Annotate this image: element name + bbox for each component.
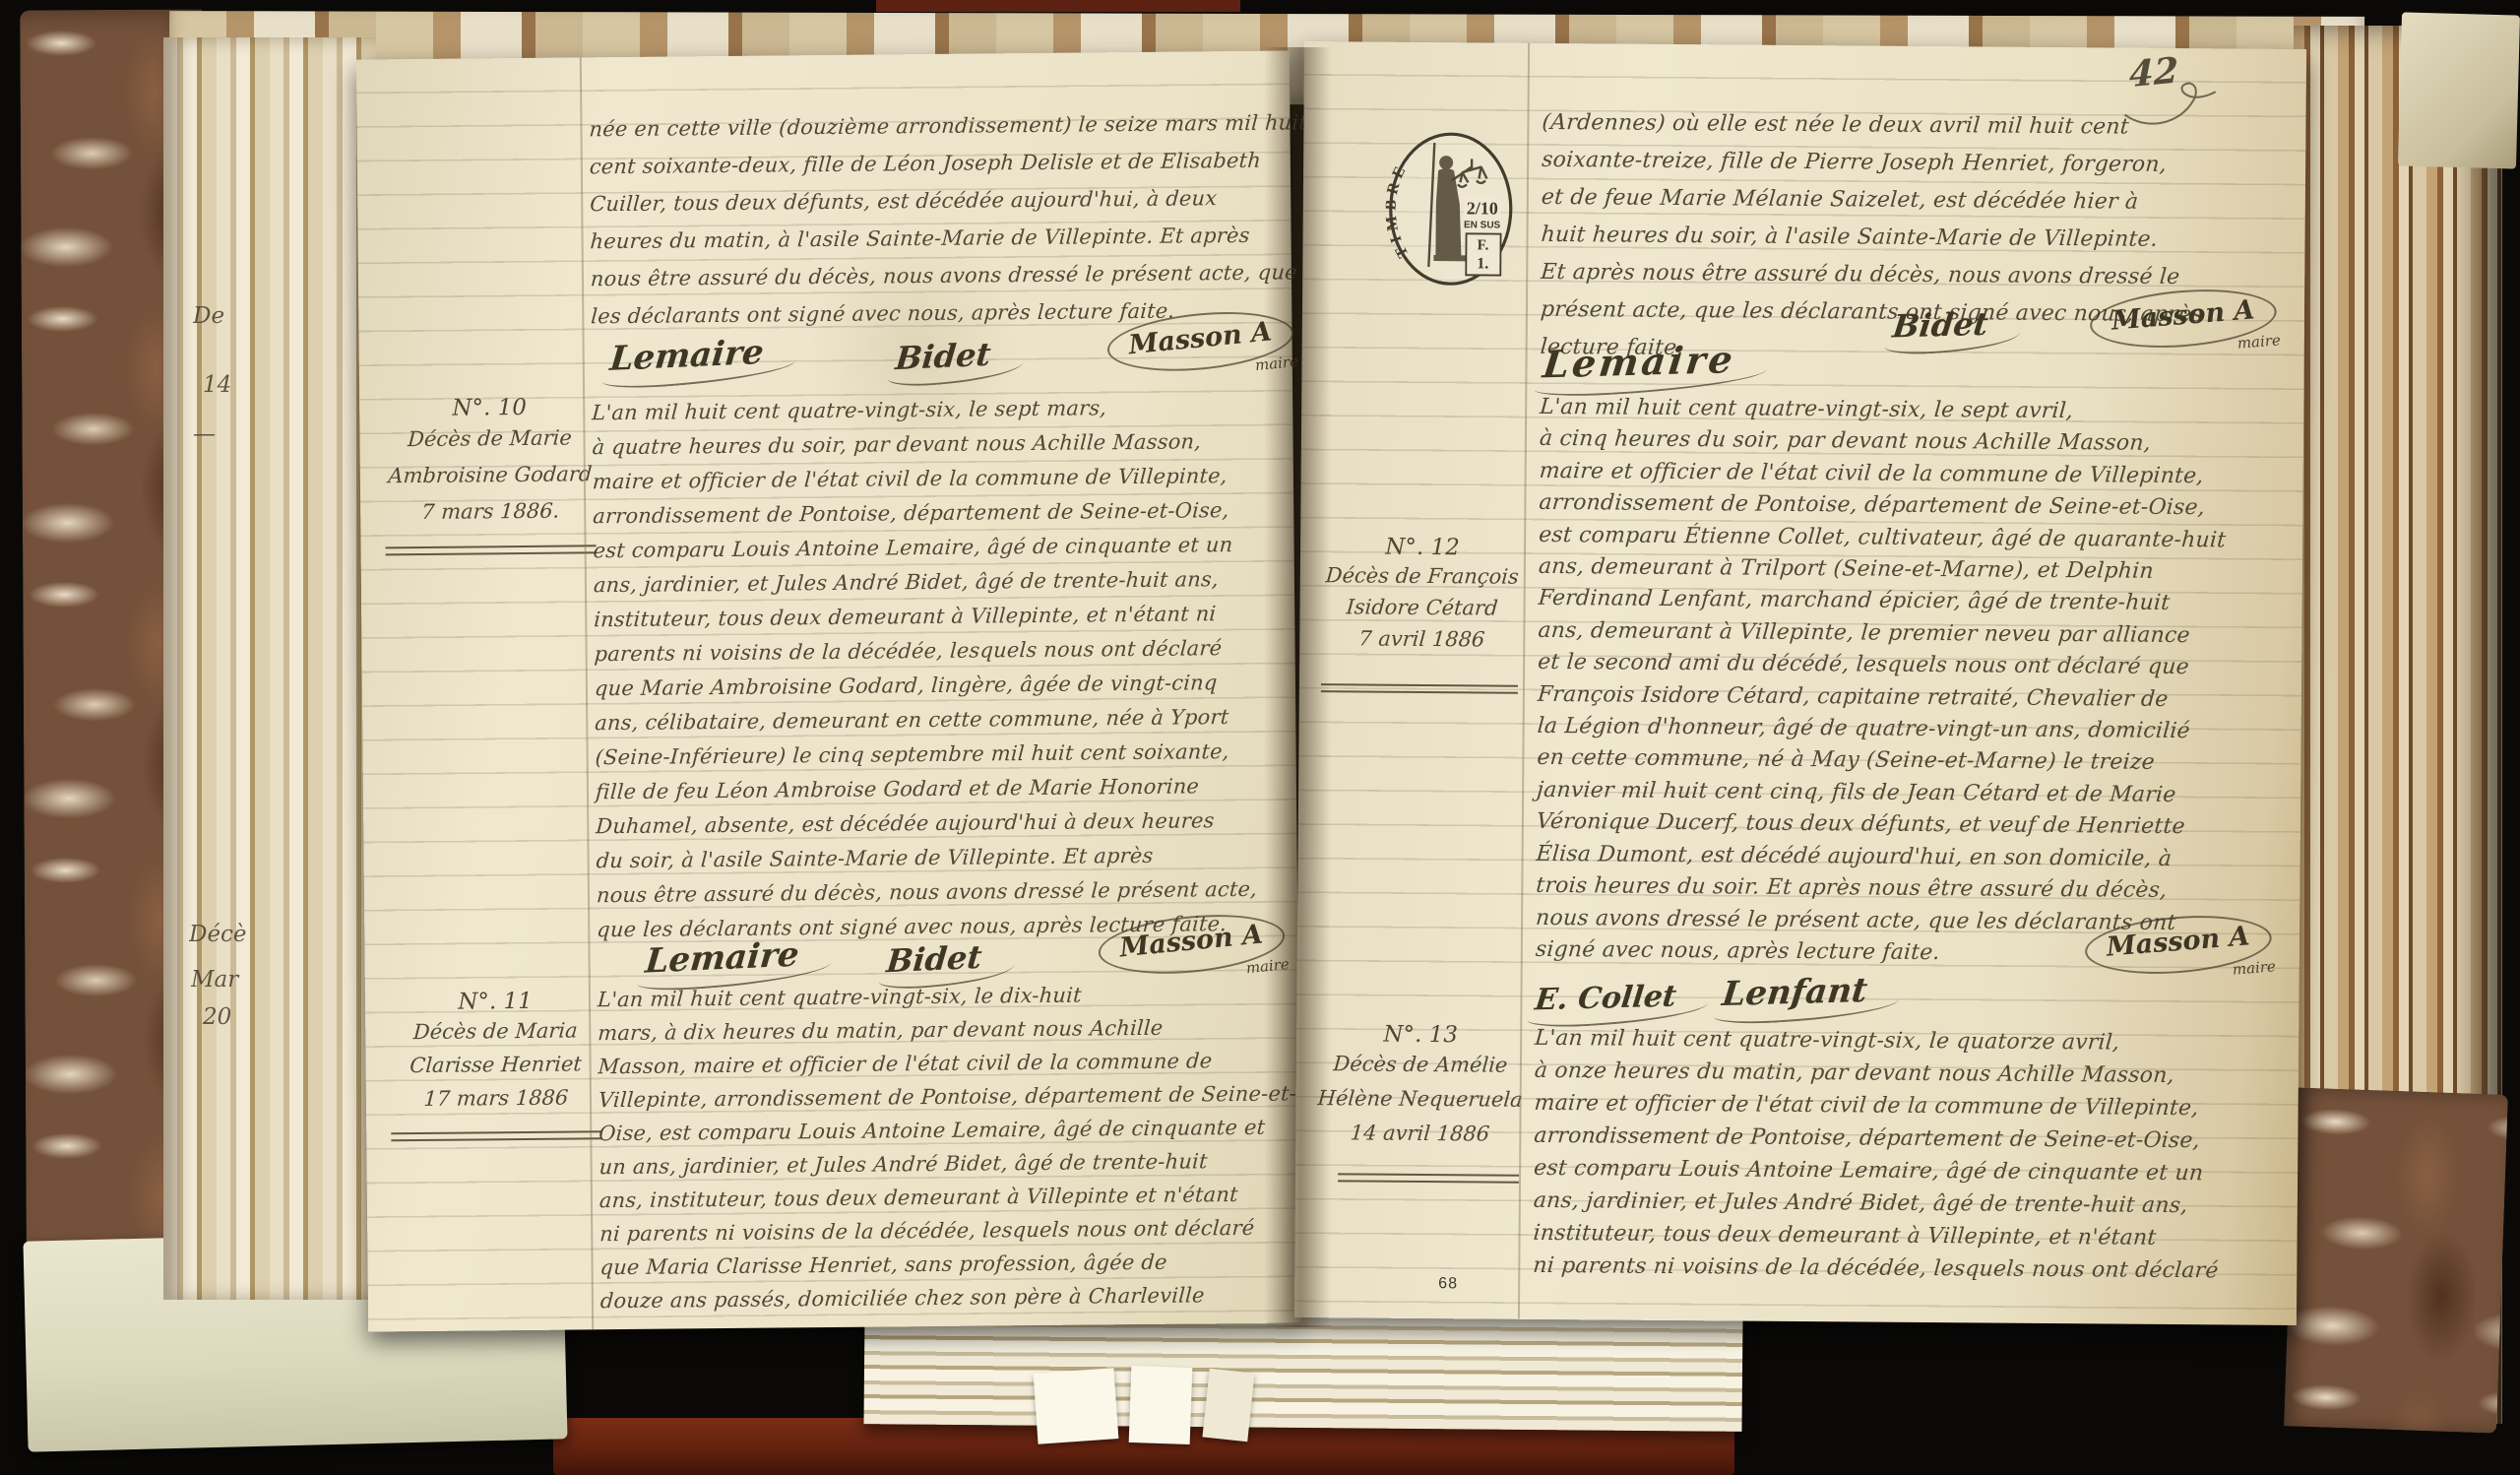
margin-note-line: 14 avril 1886	[1316, 1116, 1524, 1152]
manuscript-line: et de feue Marie Mélanie Saizelet, est d…	[1540, 179, 2205, 222]
right-page: TIMBRE 2/10 EN SUS F. 1. 42	[1294, 41, 2306, 1325]
margin-note-line: 17 mars 1886	[393, 1080, 599, 1116]
manuscript-line: à onze heures du matin, par devant nous …	[1534, 1055, 2222, 1092]
edge-text-fragment: Mar	[191, 967, 256, 993]
margin-note-lines: Décès de FrançoisIsidore Cétard7 avril 1…	[1319, 559, 1525, 656]
margin-separator-rule	[386, 545, 597, 555]
book-cover-right-marbled	[2284, 1087, 2508, 1433]
stamp-value-amount: 1.	[1477, 255, 1488, 272]
manuscript-line: soixante-treize, fille de Pierre Joseph …	[1541, 142, 2206, 184]
stamp-surcharge-value: 2/10	[1467, 198, 1498, 218]
margin-note-lines: Décès de AmélieHélène Nequeruela14 avril…	[1317, 1047, 1523, 1152]
signature-lemaire: Lemaire	[644, 934, 801, 981]
act10-body: L'an mil huit cent quatre-vingt-six, le …	[592, 390, 1257, 947]
margin-note-line: Décès de Marie	[386, 419, 593, 458]
margin-note-lines: Décès de MarieAmbroisine Godard7 mars 18…	[387, 419, 593, 531]
signature-bidet: Bidet	[885, 938, 983, 981]
manuscript-line: maire et officier de l'état civil de la …	[1533, 1087, 2221, 1124]
signature-bidet: Bidet	[894, 336, 992, 378]
manuscript-line: instituteur, tous deux demeurant à Ville…	[1532, 1217, 2220, 1254]
stamp-value-currency: F.	[1478, 237, 1489, 253]
signature-masson-name: Masson A	[2110, 294, 2256, 336]
loose-page-tab	[1202, 1369, 1254, 1442]
margin-note-act10: N°. 10 Décès de MarieAmbroisine Godard7 …	[387, 394, 593, 531]
book-cover-right-corner	[2398, 12, 2520, 168]
book-gutter-shadow	[1264, 47, 1331, 1327]
loose-page-tab	[1034, 1368, 1119, 1444]
page-stack-left-edge: De 14 — Décè Mar 20	[163, 37, 376, 1300]
manuscript-line: Ferdinand Lenfant, marchand épicier, âgé…	[1537, 583, 2227, 620]
margin-note-line: Clarisse Henriet	[393, 1047, 599, 1082]
act9-continuation-paragraph: née en cette ville (douzième arrondissem…	[589, 103, 1309, 335]
edge-text-fragment: De	[193, 303, 258, 329]
act-number: N°. 10	[387, 394, 592, 421]
edge-text-fragment: 14	[203, 372, 268, 398]
signature-lenfant: Lenfant	[1720, 971, 1869, 1014]
margin-note-act12: N°. 12 Décès de FrançoisIsidore Cétard7 …	[1319, 534, 1525, 656]
manuscript-line: douze ans passés, domiciliée chez son pè…	[599, 1277, 1299, 1317]
margin-note-act11: N°. 11 Décès de MariaClarisse Henriet17 …	[393, 988, 598, 1116]
margin-separator-rule	[1338, 1173, 1519, 1183]
manuscript-line: est comparu Étienne Collet, cultivateur,…	[1538, 520, 2228, 557]
margin-note-line: Ambroisine Godard	[387, 456, 594, 494]
act-number: N°. 11	[393, 988, 598, 1015]
register-photo-scene: De 14 — Décè Mar 20 née en cette ville (…	[0, 0, 2520, 1475]
margin-note-line: Décès de François	[1319, 559, 1526, 593]
act-number: N°. 13	[1318, 1021, 1523, 1049]
edge-text-fragment: 20	[203, 1004, 268, 1030]
margin-separator-rule	[391, 1130, 601, 1141]
signature-masson-name: Masson A	[2106, 921, 2251, 962]
margin-note-line: 7 mars 1886.	[387, 492, 594, 531]
margin-separator-rule	[1321, 683, 1518, 694]
edge-text-fragment: —	[193, 421, 258, 447]
margin-note-line: Décès de Amélie	[1317, 1047, 1525, 1083]
printed-sheet-number: 68	[1438, 1275, 1458, 1293]
manuscript-line: L'an mil huit cent quatre-vingt-six, le …	[1534, 1022, 2222, 1059]
margin-note-line: Isidore Cétard	[1318, 591, 1525, 624]
manuscript-line: arrondissement de Pontoise, département …	[1538, 487, 2228, 525]
manuscript-line: est comparu Louis Antoine Lemaire, âgé d…	[1533, 1152, 2221, 1189]
manuscript-line: trois heures du soir. Et après nous être…	[1535, 870, 2225, 908]
signature-lemaire: Lemaire	[608, 333, 766, 379]
manuscript-line: Et après nous être assuré du décès, nous…	[1540, 254, 2205, 296]
signature-masson-title: maire	[2236, 331, 2281, 352]
manuscript-line: ans, jardinier, et Jules André Bidet, âg…	[1533, 1185, 2221, 1222]
margin-note-act13: N°. 13 Décès de AmélieHélène Nequeruela1…	[1317, 1021, 1523, 1152]
margin-note-line: Décès de Maria	[392, 1013, 598, 1049]
manuscript-line: arrondissement de Pontoise, département …	[1533, 1120, 2221, 1157]
act11-body: L'an mil huit cent quatre-vingt-six, le …	[598, 976, 1298, 1317]
table-surface-top	[876, 0, 1240, 12]
stamp-surcharge-label: EN SUS	[1464, 220, 1501, 230]
signature-bidet: Bidet	[1891, 305, 1990, 346]
loose-page-tab	[1129, 1366, 1193, 1444]
signature-lemaire: Lemaire	[1541, 337, 1737, 386]
margin-note-line: Hélène Nequeruela	[1316, 1081, 1524, 1118]
edge-text-fragment: Décè	[189, 922, 254, 947]
margin-note-lines: Décès de MariaClarisse Henriet17 mars 18…	[393, 1013, 598, 1116]
manuscript-line: ni parents ni voisins de la décédée, les…	[1532, 1250, 2220, 1287]
manuscript-line: (Ardennes) où elle est née le deux avril…	[1541, 104, 2206, 147]
signature-masson-name: Masson A	[1127, 316, 1273, 360]
act-number: N°. 12	[1320, 534, 1525, 561]
manuscript-line: Véronique Ducerf, tous deux défunts, et …	[1536, 806, 2226, 844]
manuscript-line: en cette commune, né à May (Seine-et-Mar…	[1536, 742, 2226, 780]
signature-masson-title: maire	[2232, 957, 2276, 978]
act13-body: L'an mil huit cent quatre-vingt-six, le …	[1533, 1022, 2220, 1287]
signature-masson-name: Masson A	[1118, 920, 1264, 964]
manuscript-line: à cinq heures du soir, par devant nous A…	[1539, 423, 2229, 461]
left-page: née en cette ville (douzième arrondissem…	[356, 50, 1301, 1331]
signature-collet: E. Collet	[1534, 979, 1678, 1017]
manuscript-line: huit heures du soir, à l'asile Sainte-Ma…	[1540, 217, 2205, 259]
margin-note-line: 7 avril 1886	[1318, 622, 1525, 656]
timbre-justice-stamp: TIMBRE 2/10 EN SUS F. 1.	[1385, 129, 1516, 289]
act12-body: L'an mil huit cent quatre-vingt-six, le …	[1536, 392, 2228, 972]
manuscript-line: et le second ami du décédé, lesquels nou…	[1537, 647, 2227, 684]
